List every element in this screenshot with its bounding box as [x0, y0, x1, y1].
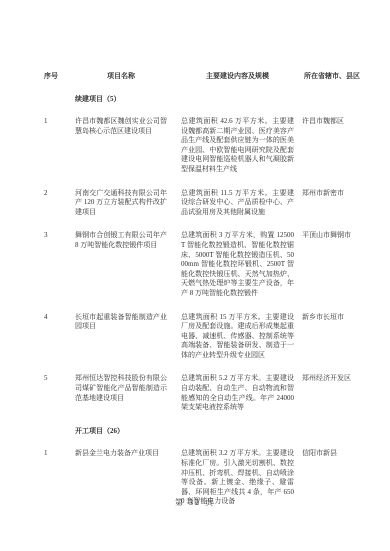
project-location: 郑州市新密市 [302, 189, 362, 218]
section-title-new-projects: 开工项目（26） [75, 427, 362, 437]
project-location: 新乡市长垣市 [302, 313, 362, 361]
row-number: 5 [44, 374, 75, 412]
project-content: 总建筑面积 15 万平方米。主要建设厂房及配套设施。建成后形成集起重电器、减速机… [181, 313, 302, 361]
project-name: 舞钢市合创锻工有限公司年产 8 万吨智能化数控锻件项目 [75, 231, 181, 298]
project-content: 总建筑面积 3 万平方米，购置 12500T 智能化数控锻造机、智能化数控锯床、… [181, 231, 302, 298]
section-title-continued-projects: 续建项目（5） [75, 95, 362, 105]
table-row: 5 郑州恒达智控科技股份有限公司煤矿智能化产品智能制造示范基地建设项目 总建筑面… [44, 374, 362, 412]
project-name: 许昌市魏都区魏创实业公司智慧岛核心示范区建设项目 [75, 117, 181, 175]
table-row: 4 长垣市起重装备智能制造产业园项目 总建筑面积 15 万平方米。主要建设厂房及… [44, 313, 362, 361]
page-number: 第 32 页 [0, 497, 390, 508]
project-location: 许昌市魏都区 [302, 117, 362, 175]
project-name: 郑州恒达智控科技股份有限公司煤矿智能化产品智能制造示范基地建设项目 [75, 374, 181, 412]
table-row: 2 河南交广交通科技有限公司年产 120 万立方装配式构件改扩建项目 总建筑面积… [44, 189, 362, 218]
project-content: 总建筑面积 5.2 万平方米。主要建设自动装配、自动生产、自动物流和智能感知的全… [181, 374, 302, 412]
project-location: 郑州经济开发区 [302, 374, 362, 412]
row-number: 2 [44, 189, 75, 218]
column-header-project-name: 项目名称 [75, 72, 181, 82]
table-header-row: 序号 项目名称 主要建设内容及规模 所在省辖市、县区 [44, 72, 362, 82]
project-content: 总建筑面积 42.6 万平方米。主要建设魏都高新二期产业园、医疗美容产品生产线及… [181, 117, 302, 175]
project-name: 长垣市起重装备智能制造产业园项目 [75, 313, 181, 361]
column-header-location: 所在省辖市、县区 [302, 72, 362, 82]
project-content: 总建筑面积 11.5 万平方米。主要建设综合研发中心、产品质检中心、产品试验用房… [181, 189, 302, 218]
row-number: 1 [44, 117, 75, 175]
row-number: 3 [44, 231, 75, 298]
column-header-no: 序号 [44, 72, 75, 82]
table-row: 3 舞钢市合创锻工有限公司年产 8 万吨智能化数控锻件项目 总建筑面积 3 万平… [44, 231, 362, 298]
project-name: 河南交广交通科技有限公司年产 120 万立方装配式构件改扩建项目 [75, 189, 181, 218]
table-row: 1 许昌市魏都区魏创实业公司智慧岛核心示范区建设项目 总建筑面积 42.6 万平… [44, 117, 362, 175]
column-header-content: 主要建设内容及规模 [181, 72, 302, 82]
project-location: 平顶山市舞钢市 [302, 231, 362, 298]
row-number: 4 [44, 313, 75, 361]
document-page: 序号 项目名称 主要建设内容及规模 所在省辖市、县区 续建项目（5） 1 许昌市… [0, 0, 390, 551]
